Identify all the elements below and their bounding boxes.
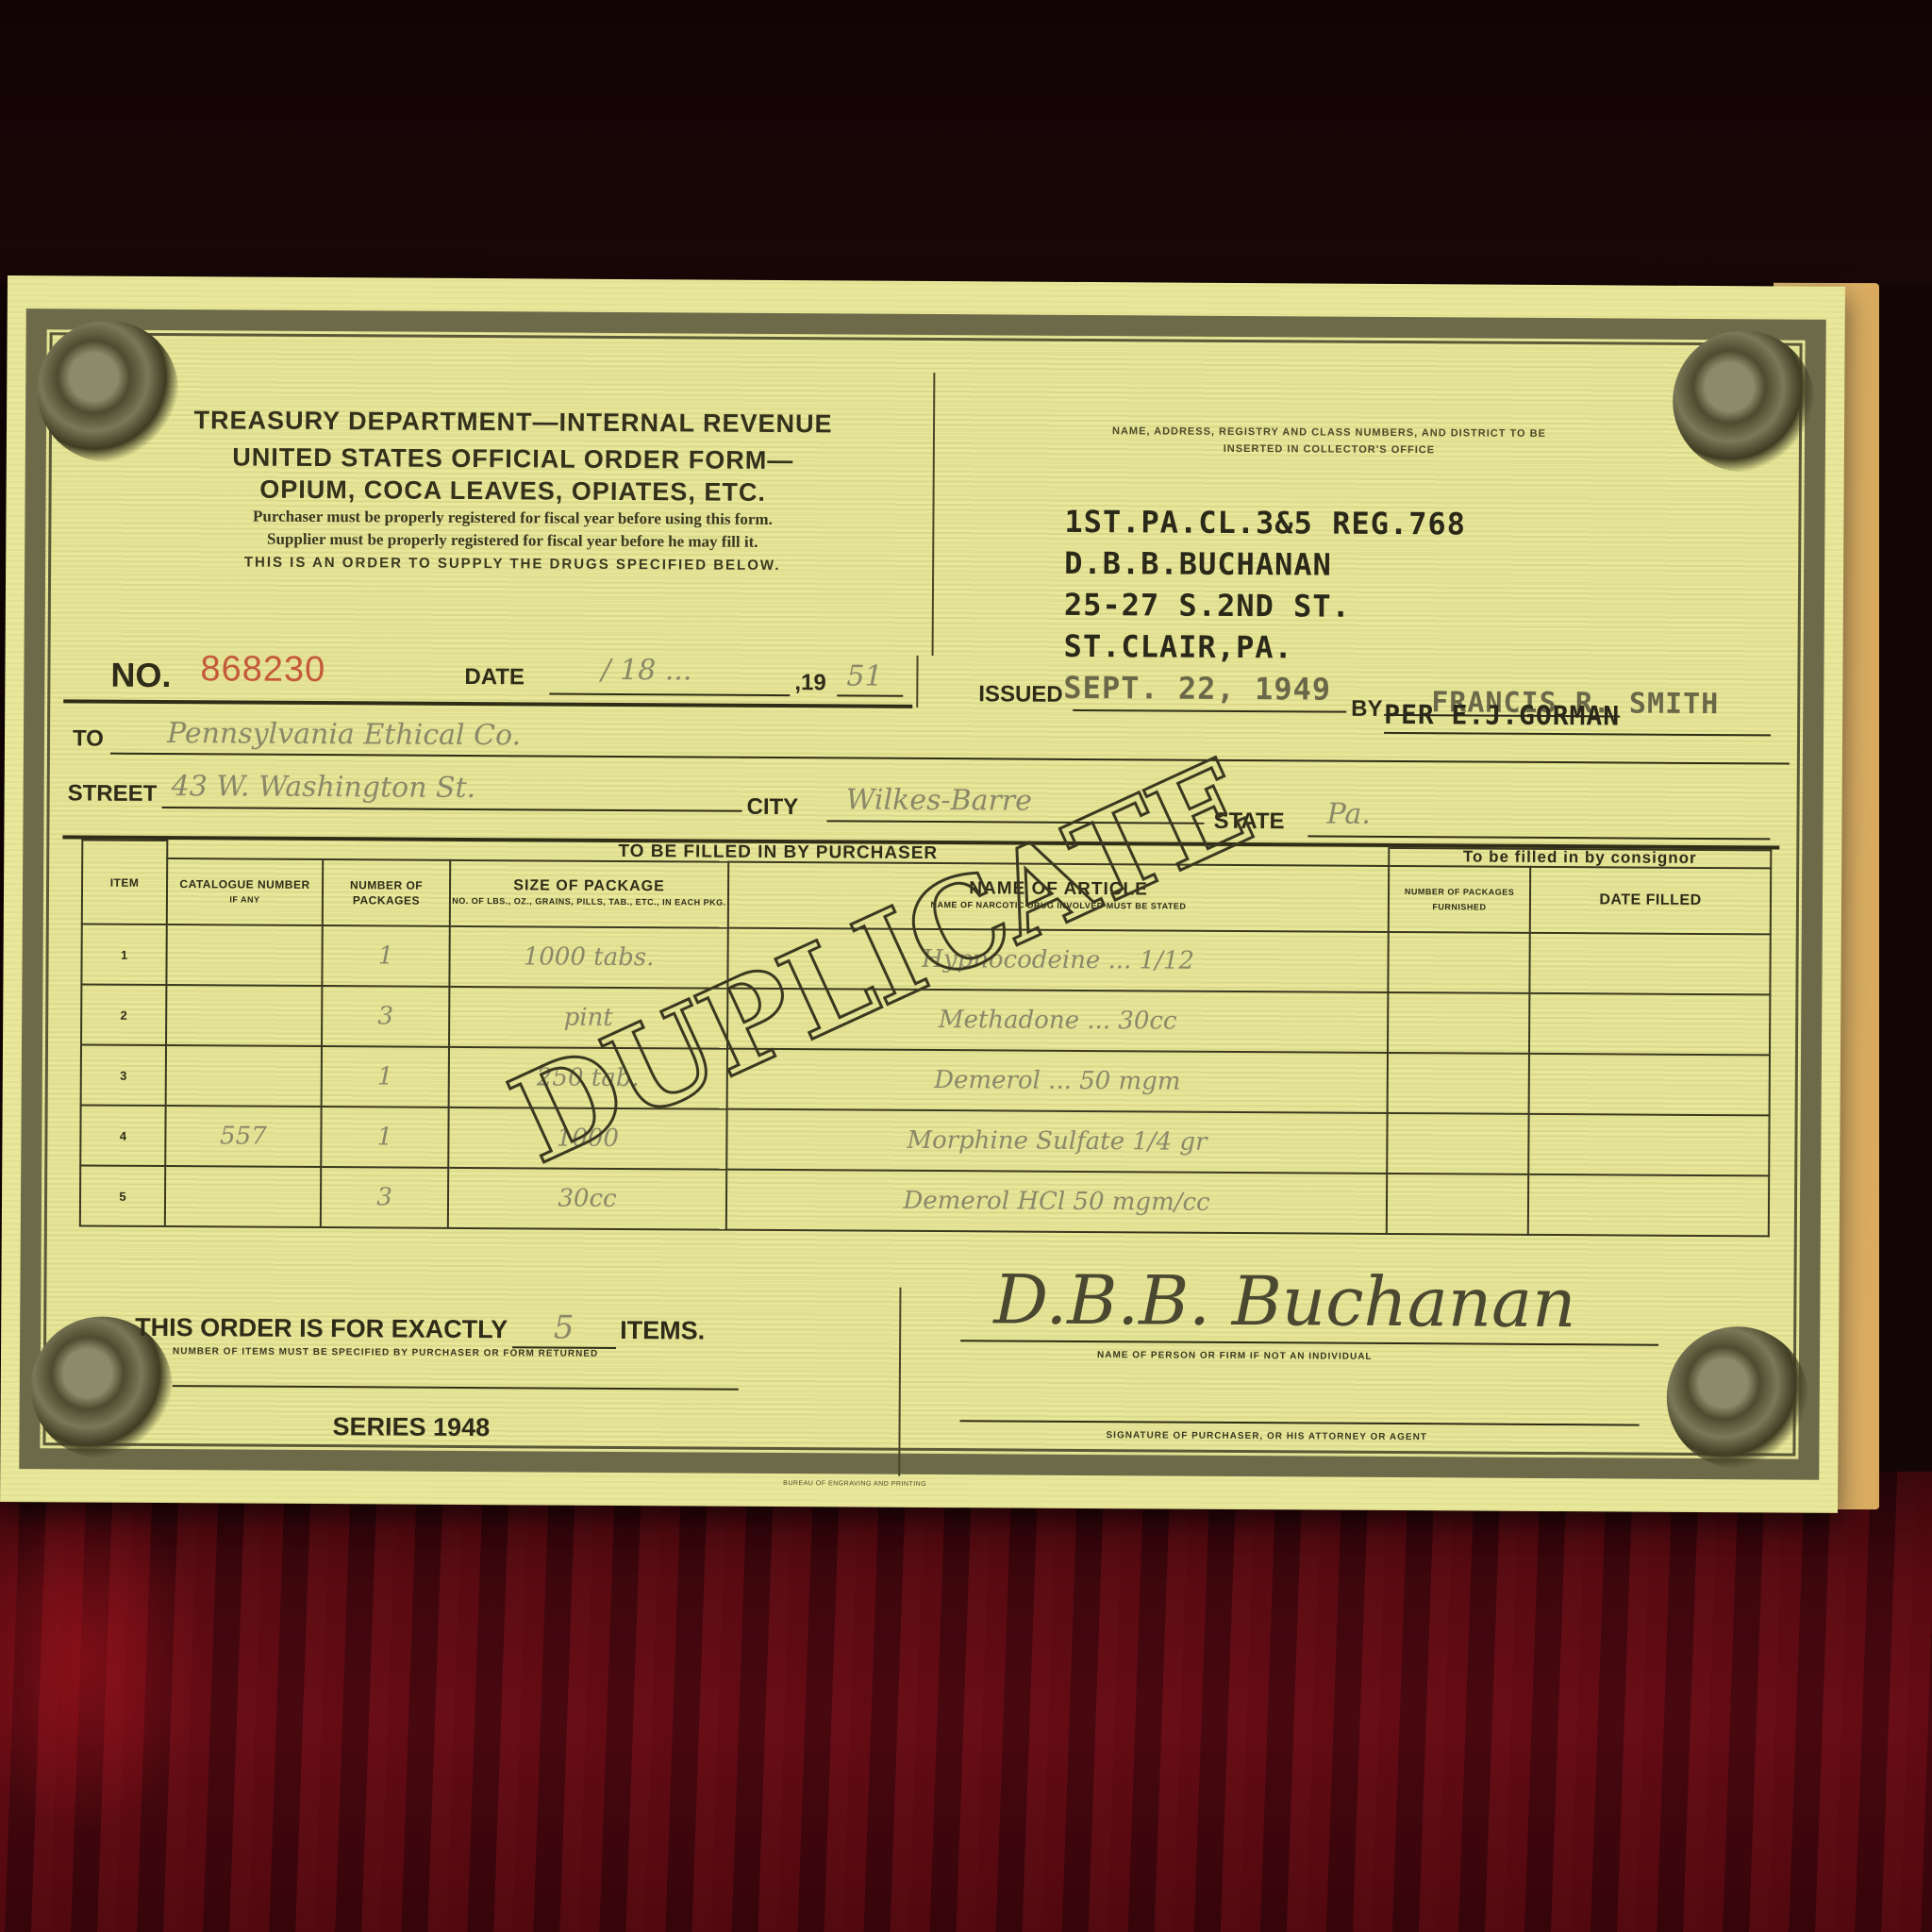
table-row: 3 1 250 tab. Demerol ... 50 mgm: [81, 1044, 1770, 1115]
purchaser-signature[interactable]: D.B.B. Buchanan: [993, 1259, 1576, 1342]
packages-cell[interactable]: 3: [321, 1167, 448, 1228]
table-row: 5 3 30cc Demerol HCl 50 mgm/cc: [80, 1165, 1769, 1236]
footer-divider: [898, 1288, 901, 1476]
order-statement: THIS IS AN ORDER TO SUPPLY THE DRUGS SPE…: [121, 554, 904, 575]
article-cell[interactable]: Morphine Sulfate 1/4 gr: [726, 1109, 1387, 1174]
registry-number: 1ST.PA.CL.3&5 REG.768: [1064, 501, 1466, 545]
article-cell[interactable]: Demerol HCl 50 mgm/cc: [726, 1170, 1387, 1234]
city-label: CITY: [746, 794, 798, 821]
header-divider: [932, 373, 936, 656]
col-date-filled: DATE FILLED: [1530, 867, 1771, 935]
to-line: [110, 753, 1790, 765]
col-catalogue: CATALOGUE NUMBERIF ANY: [167, 858, 323, 925]
col-item: ITEM: [82, 840, 168, 924]
engraved-border: TREASURY DEPARTMENT—INTERNAL REVENUE UNI…: [19, 308, 1825, 1480]
packages-value: 3: [377, 1002, 393, 1030]
exactly-label: THIS ORDER IS FOR EXACTLY: [135, 1313, 508, 1343]
city-value[interactable]: Wilkes-Barre: [846, 783, 1033, 817]
order-form-page: TREASURY DEPARTMENT—INTERNAL REVENUE UNI…: [0, 275, 1845, 1513]
red-velvet-surface: [0, 1472, 1932, 1932]
items-label: ITEMS.: [620, 1316, 705, 1345]
col-size: SIZE OF PACKAGENO. OF LBS., OZ., GRAINS,…: [450, 860, 728, 928]
furnished-cell[interactable]: [1388, 992, 1529, 1054]
registrant-street: 25-27 S.2ND ST.: [1064, 584, 1466, 628]
date-filled-cell[interactable]: [1529, 1054, 1770, 1116]
registrant-name: D.B.B.BUCHANAN: [1064, 542, 1466, 587]
size-value: 30cc: [558, 1185, 616, 1213]
date-filled-cell[interactable]: [1528, 1114, 1769, 1176]
header-form-title: UNITED STATES OFFICIAL ORDER FORM—: [122, 441, 905, 477]
to-label: TO: [73, 725, 104, 752]
col-size-label: SIZE OF PACKAGE: [513, 877, 665, 894]
purchaser-banner-text: TO BE FILLED IN BY PURCHASER: [618, 841, 938, 862]
signature-line: [960, 1420, 1640, 1425]
consignor-banner-text: To be filled in by consignor: [1463, 847, 1697, 867]
issued-line: [1073, 709, 1346, 713]
state-value[interactable]: Pa.: [1326, 798, 1370, 831]
table-row: 4 557 1 1000 Morphine Sulfate 1/4 gr: [80, 1105, 1769, 1175]
item-count-value[interactable]: 5: [512, 1308, 616, 1349]
registrant-block: 1ST.PA.CL.3&5 REG.768 D.B.B.BUCHANAN 25-…: [1063, 501, 1466, 711]
packages-cell[interactable]: 3: [322, 986, 449, 1047]
packages-value: 3: [376, 1183, 392, 1211]
catalogue-value: 557: [220, 1122, 267, 1150]
collector-note: NAME, ADDRESS, REGISTRY AND CLASS NUMBER…: [999, 422, 1659, 459]
col-catalogue-sub: IF ANY: [168, 891, 322, 908]
article-value: Methadone ... 30cc: [939, 1006, 1177, 1036]
size-value: 1000 tabs.: [524, 942, 655, 972]
furnished-cell[interactable]: [1388, 1053, 1529, 1114]
furnished-cell[interactable]: [1387, 1113, 1528, 1174]
scroll-ornament-icon: [1666, 1326, 1808, 1469]
col-packages: NUMBER OF PACKAGES: [323, 859, 450, 926]
year-line: [837, 694, 903, 696]
item-number: 4: [80, 1105, 165, 1166]
item-number: 3: [81, 1044, 166, 1106]
street-value[interactable]: 43 W. Washington St.: [172, 770, 476, 805]
issued-label: ISSUED: [978, 681, 1063, 708]
collector-note-line2: INSERTED IN COLLECTOR'S OFFICE: [999, 439, 1659, 459]
packages-value: 1: [377, 1062, 393, 1091]
catalogue-cell[interactable]: [166, 924, 322, 986]
date-filled-cell[interactable]: [1529, 933, 1770, 995]
item-number: 1: [81, 924, 166, 985]
packages-value: 1: [378, 941, 394, 970]
per-signature: PER E.J.GORMAN: [1384, 694, 1620, 738]
state-line: [1307, 835, 1770, 840]
form-header: TREASURY DEPARTMENT—INTERNAL REVENUE UNI…: [121, 406, 905, 575]
by-label: BY: [1351, 696, 1383, 723]
to-value[interactable]: Pennsylvania Ethical Co.: [167, 717, 521, 752]
rule: [173, 1385, 739, 1391]
date-filled-cell[interactable]: [1528, 1174, 1769, 1237]
dark-backdrop: [0, 0, 1932, 283]
date-divider: [916, 656, 918, 708]
header-drugs: OPIUM, COCA LEAVES, OPIATES, ETC.: [122, 473, 905, 509]
serial-number: 868230: [200, 649, 325, 691]
item-count-block: THIS ORDER IS FOR EXACTLY 5 ITEMS. NUMBE…: [134, 1307, 890, 1445]
packages-value: 1: [377, 1123, 393, 1151]
series-label: SERIES 1948: [332, 1412, 889, 1445]
date-label: DATE: [464, 664, 525, 691]
date-value[interactable]: / 18 ...: [601, 654, 691, 688]
registrant-city: ST.CLAIR,PA.: [1063, 625, 1465, 670]
article-value: Demerol ... 50 mgm: [934, 1066, 1180, 1096]
exactly-note: NUMBER OF ITEMS MUST BE SPECIFIED BY PUR…: [173, 1346, 890, 1361]
article-value: Demerol HCl 50 mgm/cc: [903, 1187, 1209, 1217]
printer-credit: BUREAU OF ENGRAVING AND PRINTING: [783, 1480, 926, 1488]
catalogue-cell[interactable]: [166, 985, 322, 1046]
signature-note: SIGNATURE OF PURCHASER, OR HIS ATTORNEY …: [1106, 1430, 1426, 1442]
supplier-rule: Supplier must be properly registered for…: [121, 527, 904, 555]
header-department: TREASURY DEPARTMENT—INTERNAL REVENUE: [122, 406, 905, 440]
furnished-cell[interactable]: [1387, 1174, 1528, 1235]
packages-cell[interactable]: 1: [322, 925, 449, 987]
scroll-ornament-icon: [1673, 330, 1815, 473]
street-label: STREET: [68, 780, 158, 808]
item-number: 2: [81, 984, 166, 1045]
date-line: [549, 693, 790, 697]
article-value: Morphine Sulfate 1/4 gr: [907, 1126, 1207, 1157]
rule: [63, 699, 912, 708]
catalogue-cell[interactable]: 557: [165, 1106, 321, 1167]
catalogue-cell[interactable]: [165, 1166, 321, 1227]
furnished-cell[interactable]: [1388, 932, 1529, 993]
col-furnished: NUMBER OF PACKAGES FURNISHED: [1389, 866, 1530, 933]
packages-cell[interactable]: 1: [321, 1107, 448, 1168]
size-cell[interactable]: 30cc: [448, 1168, 726, 1230]
year-prefix: ,19: [794, 670, 826, 696]
year-value[interactable]: 51: [846, 659, 882, 692]
name-note: NAME OF PERSON OR FIRM IF NOT AN INDIVID…: [1097, 1350, 1373, 1362]
street-line: [162, 807, 742, 812]
col-size-sub: NO. OF LBS., OZ., GRAINS, PILLS, TAB., E…: [451, 893, 727, 910]
catalogue-cell[interactable]: [166, 1045, 322, 1107]
item-number: 5: [80, 1165, 165, 1226]
date-filled-cell[interactable]: [1529, 993, 1770, 1056]
number-label: NO.: [110, 656, 171, 695]
packages-cell[interactable]: 1: [322, 1046, 449, 1108]
col-catalogue-label: CATALOGUE NUMBER: [179, 877, 309, 891]
consignor-banner: To be filled in by consignor: [1389, 848, 1771, 868]
